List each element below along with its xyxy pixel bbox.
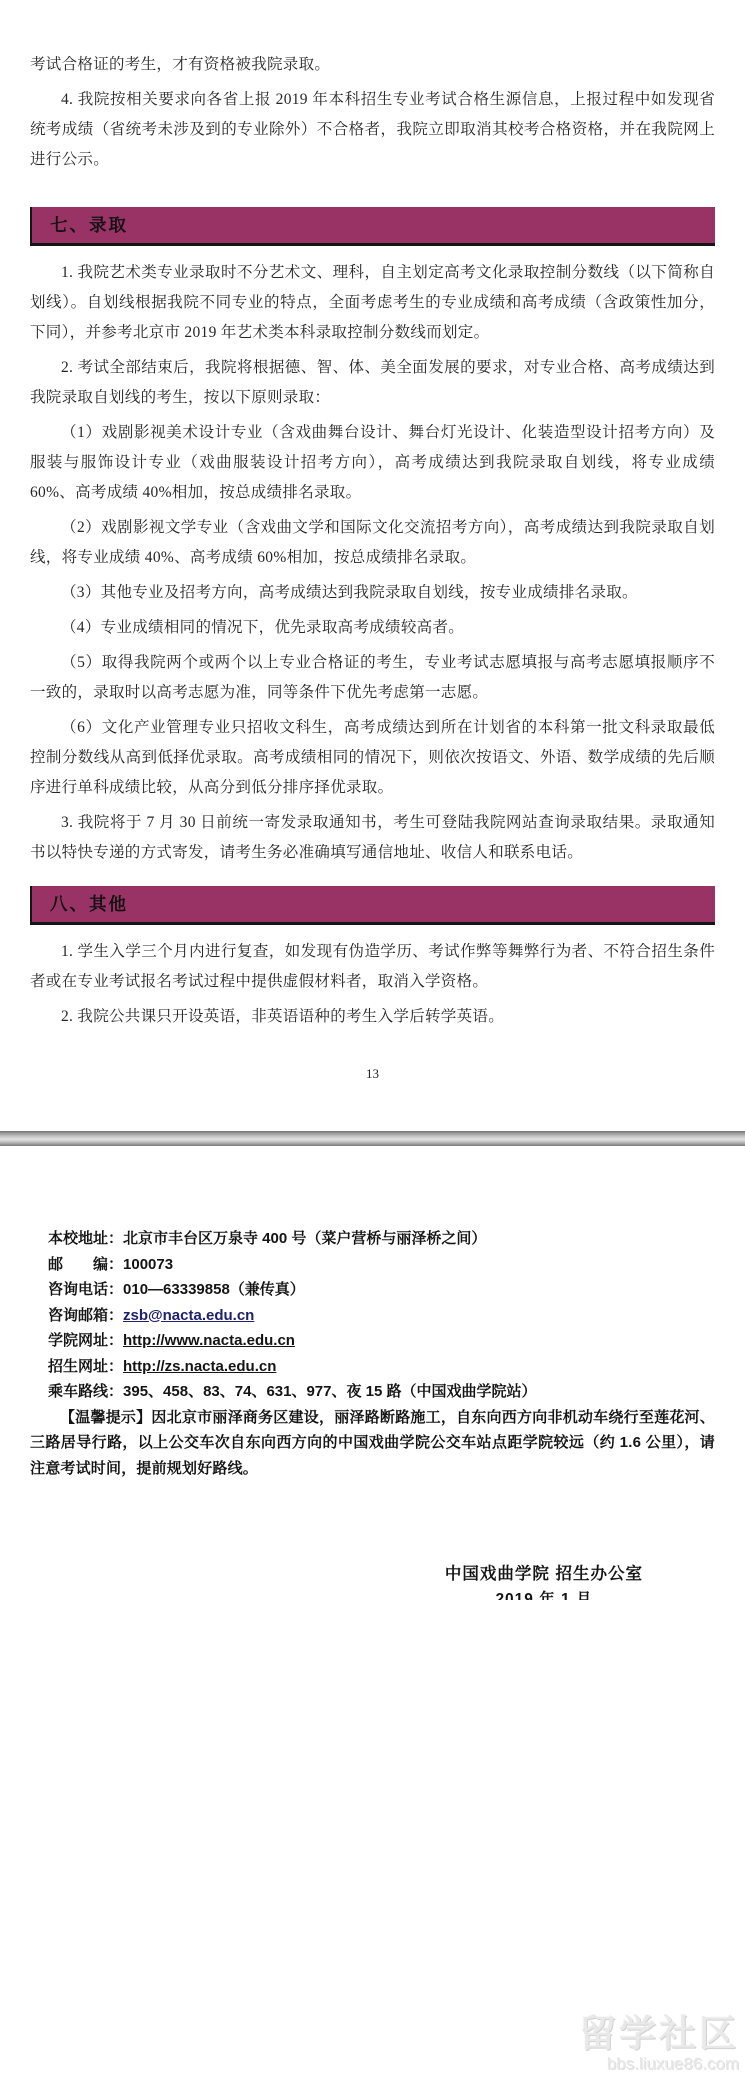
contact-label: 咨询邮箱： <box>48 1303 123 1329</box>
contact-row-website: 学院网址：http://www.nacta.edu.cn <box>48 1328 715 1354</box>
email-link[interactable]: zsb@nacta.edu.cn <box>123 1307 254 1324</box>
contact-row-zipcode: 邮 编：100073 <box>48 1252 715 1278</box>
signature-date: 2019 年 1 月 <box>445 1589 643 1600</box>
document-page: 考试合格证的考生，才有资格被我院录取。 4. 我院按相关要求向各省上报 2019… <box>0 0 745 2083</box>
admission-website-link[interactable]: http://zs.nacta.edu.cn <box>123 1358 276 1375</box>
scanned-page-contact: 本校地址：北京市丰台区万泉寺 400 号（菜户营桥与丽泽桥之间） 邮 编：100… <box>0 1146 745 1600</box>
contact-row-admission-site: 招生网址：http://zs.nacta.edu.cn <box>48 1354 715 1380</box>
traffic-notice: 【温馨提示】因北京市丽泽商务区建设，丽泽路断路施工，自东向西方向非机动车绕行至莲… <box>30 1405 715 1482</box>
body-paragraph: 1. 我院艺术类专业录取时不分艺术文、理科，自主划定高考文化录取控制分数线（以下… <box>30 258 715 348</box>
signature-block: 中国戏曲学院 招生办公室 2019 年 1 月 <box>445 1563 643 1600</box>
scanned-page-13: 考试合格证的考生，才有资格被我院录取。 4. 我院按相关要求向各省上报 2019… <box>0 0 745 1082</box>
body-paragraph: （4）专业成绩相同的情况下，优先录取高考成绩较高者。 <box>30 613 715 643</box>
body-paragraph: （5）取得我院两个或两个以上专业合格证的考生，专业考试志愿填报与高考志愿填报顺序… <box>30 648 715 708</box>
body-paragraph: 2. 我院公共课只开设英语，非英语语种的考生入学后转学英语。 <box>30 1002 715 1032</box>
body-paragraph: 4. 我院按相关要求向各省上报 2019 年本科招生专业考试合格生源信息，上报过… <box>30 85 715 175</box>
section-header-other: 八、其他 <box>30 886 715 925</box>
contact-label: 邮 编： <box>48 1252 123 1278</box>
contact-value: 北京市丰台区万泉寺 400 号（菜户营桥与丽泽桥之间） <box>123 1230 486 1247</box>
watermark: 留学社区 bbs.liuxue86.com <box>579 2015 739 2073</box>
watermark-title: 留学社区 <box>579 2015 739 2053</box>
page-number: 13 <box>30 1066 715 1082</box>
body-paragraph: （6）文化产业管理专业只招收文科生，高考成绩达到所在计划省的本科第一批文科录取最… <box>30 713 715 803</box>
contact-value: 395、458、83、74、631、977、夜 15 路（中国戏曲学院站） <box>123 1383 537 1400</box>
contact-label: 招生网址： <box>48 1354 123 1380</box>
contact-row-email: 咨询邮箱：zsb@nacta.edu.cn <box>48 1303 715 1329</box>
body-paragraph: （1）戏剧影视美术设计专业（含戏曲舞台设计、舞台灯光设计、化装造型设计招考方向）… <box>30 418 715 508</box>
body-paragraph: （2）戏剧影视文学专业（含戏曲文学和国际文化交流招考方向），高考成绩达到我院录取… <box>30 513 715 573</box>
body-paragraph: （3）其他专业及招考方向，高考成绩达到我院录取自划线，按专业成绩排名录取。 <box>30 578 715 608</box>
contact-label: 咨询电话： <box>48 1277 123 1303</box>
contact-value: 100073 <box>123 1256 173 1273</box>
contact-label: 本校地址： <box>48 1226 123 1252</box>
contact-row-address: 本校地址：北京市丰台区万泉寺 400 号（菜户营桥与丽泽桥之间） <box>48 1226 715 1252</box>
watermark-url: bbs.liuxue86.com <box>579 2055 739 2073</box>
body-paragraph: 3. 我院将于 7 月 30 日前统一寄发录取通知书，考生可登陆我院网站查询录取… <box>30 808 715 868</box>
contact-row-bus-routes: 乘车路线：395、458、83、74、631、977、夜 15 路（中国戏曲学院… <box>48 1379 715 1405</box>
body-paragraph: 1. 学生入学三个月内进行复查，如发现有伪造学历、考试作弊等舞弊行为者、不符合招… <box>30 937 715 997</box>
signature-organization: 中国戏曲学院 招生办公室 <box>445 1563 643 1585</box>
college-website-link[interactable]: http://www.nacta.edu.cn <box>123 1332 295 1349</box>
body-paragraph: 考试合格证的考生，才有资格被我院录取。 <box>30 50 715 80</box>
contact-label: 乘车路线： <box>48 1379 123 1405</box>
section-header-admission: 七、录取 <box>30 207 715 246</box>
page-separator-bar <box>0 1131 745 1146</box>
body-paragraph: 2. 考试全部结束后，我院将根据德、智、体、美全面发展的要求，对专业合格、高考成… <box>30 353 715 413</box>
contact-value: 010—63339858（兼传真） <box>123 1281 305 1298</box>
contact-label: 学院网址： <box>48 1328 123 1354</box>
contact-row-phone: 咨询电话：010—63339858（兼传真） <box>48 1277 715 1303</box>
